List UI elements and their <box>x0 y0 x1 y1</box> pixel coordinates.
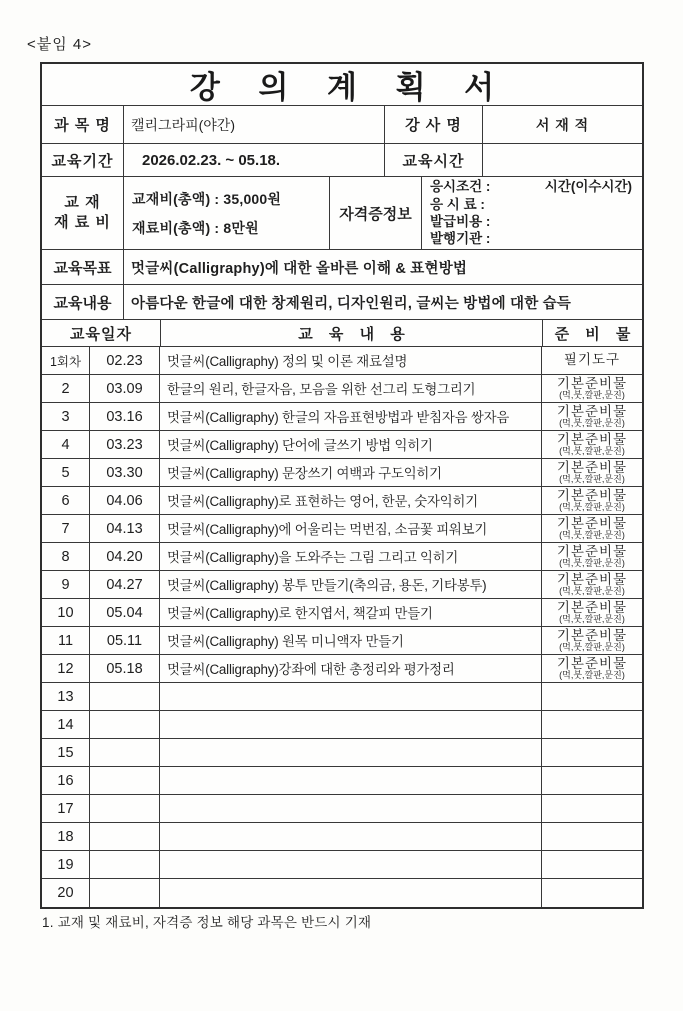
content-label: 교육내용 <box>42 285 124 319</box>
session-no-cell: 12 <box>42 655 90 682</box>
session-content-cell: 멋글씨(Calligraphy)에 어울리는 먹번짐, 소금꽃 피워보기 <box>160 515 542 542</box>
schedule-header-content: 교 육 내 용 <box>161 320 543 346</box>
session-no-cell: 8 <box>42 543 90 570</box>
session-content-cell <box>160 879 542 907</box>
session-content-cell <box>160 711 542 738</box>
session-no-cell: 5 <box>42 459 90 486</box>
session-prep-cell: 기본준비물(먹,붓,깔판,문진) <box>542 459 642 486</box>
page-title: 강 의 계 획 서 <box>175 62 509 107</box>
hours-label: 교육시간 <box>385 144 483 176</box>
session-no-cell: 13 <box>42 683 90 710</box>
schedule-row: 15 <box>42 739 642 767</box>
session-content-cell: 멋글씨(Calligraphy)로 표현하는 영어, 한문, 숫자익히기 <box>160 487 542 514</box>
session-no-cell: 1회차 <box>42 347 90 374</box>
schedule-row: 13 <box>42 683 642 711</box>
materials-row: 교 재 재 료 비 교재비(총액) : 35,000원 재료비(총액) : 8만… <box>42 177 642 250</box>
session-content-cell: 멋글씨(Calligraphy)을 도와주는 그림 그리고 익히기 <box>160 543 542 570</box>
session-prep-cell: 기본준비물(먹,붓,깔판,문진) <box>542 487 642 514</box>
session-no-cell: 11 <box>42 627 90 654</box>
instructor-label: 강 사 명 <box>385 106 483 143</box>
session-date-cell <box>90 851 160 878</box>
cert-fee-line: 응 시 료 : <box>430 196 632 213</box>
schedule-row: 12 05.18 멋글씨(Calligraphy)강좌에 대한 총정리와 평가정… <box>42 655 642 683</box>
session-content-cell: 멋글씨(Calligraphy) 정의 및 이론 재료설명 <box>160 347 542 374</box>
session-no-cell: 14 <box>42 711 90 738</box>
session-no-cell: 17 <box>42 795 90 822</box>
cert-info-label: 자격증정보 <box>330 177 422 249</box>
cert-issuer-line: 발행기관 : <box>430 230 632 247</box>
session-prep-cell <box>542 711 642 738</box>
session-no-cell: 4 <box>42 431 90 458</box>
session-prep-cell <box>542 879 642 907</box>
hours-value <box>483 144 642 176</box>
schedule-row: 11 05.11 멋글씨(Calligraphy) 원목 미니액자 만들기 기본… <box>42 627 642 655</box>
schedule-row: 6 04.06 멋글씨(Calligraphy)로 표현하는 영어, 한문, 숫… <box>42 487 642 515</box>
attachment-note: <붙임 4> <box>27 33 92 54</box>
session-prep-cell <box>542 683 642 710</box>
schedule-row: 3 03.16 멋글씨(Calligraphy) 한글의 자음표현방법과 받침자… <box>42 403 642 431</box>
materials-cost-cell: 교재비(총액) : 35,000원 재료비(총액) : 8만원 <box>124 177 330 249</box>
session-date-cell: 02.23 <box>90 347 160 374</box>
session-content-cell <box>160 683 542 710</box>
session-content-cell: 한글의 원리, 한글자음, 모음을 위한 선그리 도형그리기 <box>160 375 542 402</box>
period-row: 교육기간 2026.02.23. ~ 05.18. 교육시간 <box>42 144 642 177</box>
period-value: 2026.02.23. ~ 05.18. <box>124 144 385 176</box>
session-date-cell <box>90 767 160 794</box>
schedule-row: 9 04.27 멋글씨(Calligraphy) 봉투 만들기(축의금, 용돈,… <box>42 571 642 599</box>
session-content-cell <box>160 823 542 850</box>
schedule-row: 14 <box>42 711 642 739</box>
session-date-cell: 03.16 <box>90 403 160 430</box>
session-content-cell: 멋글씨(Calligraphy) 단어에 글쓰기 방법 익히기 <box>160 431 542 458</box>
session-prep-cell <box>542 851 642 878</box>
session-date-cell: 04.27 <box>90 571 160 598</box>
session-prep-cell: 기본준비물(먹,붓,깔판,문진) <box>542 403 642 430</box>
session-content-cell: 멋글씨(Calligraphy) 한글의 자음표현방법과 받침자음 쌍자음 <box>160 403 542 430</box>
session-date-cell: 04.20 <box>90 543 160 570</box>
materials-label-line1: 교 재 <box>64 193 100 213</box>
sheet-title-row: 강 의 계 획 서 <box>42 64 642 106</box>
session-prep-cell: 기본준비물(먹,붓,깔판,문진) <box>542 515 642 542</box>
cert-condition-line: 응시조건 : 시간(이수시간) <box>430 178 632 195</box>
schedule-row: 19 <box>42 851 642 879</box>
schedule-row: 10 05.04 멋글씨(Calligraphy)로 한지엽서, 책갈피 만들기… <box>42 599 642 627</box>
session-no-cell: 2 <box>42 375 90 402</box>
session-content-cell: 멋글씨(Calligraphy) 원목 미니액자 만들기 <box>160 627 542 654</box>
schedule-row: 7 04.13 멋글씨(Calligraphy)에 어울리는 먹번짐, 소금꽃 … <box>42 515 642 543</box>
session-no-cell: 6 <box>42 487 90 514</box>
session-content-cell <box>160 739 542 766</box>
schedule-row: 18 <box>42 823 642 851</box>
session-content-cell <box>160 767 542 794</box>
goal-row: 교육목표 멋글씨(Calligraphy)에 대한 올바른 이해 & 표현방법 <box>42 250 642 285</box>
session-prep-cell: 기본준비물(먹,붓,깔판,문진) <box>542 375 642 402</box>
period-label: 교육기간 <box>42 144 124 176</box>
session-date-cell <box>90 823 160 850</box>
session-no-cell: 3 <box>42 403 90 430</box>
footnote: 1. 교재 및 재료비, 자격증 정보 해당 과목은 반드시 기재 <box>42 911 371 931</box>
cert-info-value-cell: 응시조건 : 시간(이수시간) 응 시 료 : 발급비용 : 발행기관 : <box>422 177 642 249</box>
session-date-cell: 03.09 <box>90 375 160 402</box>
session-no-cell: 19 <box>42 851 90 878</box>
goal-label: 교육목표 <box>42 250 124 284</box>
session-content-cell: 멋글씨(Calligraphy) 봉투 만들기(축의금, 용돈, 기타봉투) <box>160 571 542 598</box>
subject-label: 과 목 명 <box>42 106 124 143</box>
session-date-cell <box>90 711 160 738</box>
schedule-row: 5 03.30 멋글씨(Calligraphy) 문장쓰기 여백과 구도익히기 … <box>42 459 642 487</box>
session-content-cell <box>160 851 542 878</box>
session-prep-cell: 기본준비물(먹,붓,깔판,문진) <box>542 627 642 654</box>
session-prep-cell <box>542 739 642 766</box>
session-no-cell: 10 <box>42 599 90 626</box>
session-date-cell <box>90 879 160 907</box>
material-cost-line: 재료비(총액) : 8만원 <box>132 218 259 238</box>
lecture-plan-sheet: 강 의 계 획 서 과 목 명 캘리그라피(야간) 강 사 명 서 재 적 교육… <box>40 62 644 909</box>
session-date-cell: 05.04 <box>90 599 160 626</box>
materials-label: 교 재 재 료 비 <box>42 177 124 249</box>
session-prep-cell: 필기도구 <box>542 347 642 374</box>
schedule-row: 20 <box>42 879 642 907</box>
content-row: 교육내용 아름다운 한글에 대한 창제원리, 디자인원리, 글씨는 방법에 대한… <box>42 285 642 320</box>
schedule-row: 2 03.09 한글의 원리, 한글자음, 모음을 위한 선그리 도형그리기 기… <box>42 375 642 403</box>
session-no-cell: 15 <box>42 739 90 766</box>
session-date-cell: 05.11 <box>90 627 160 654</box>
schedule-row: 17 <box>42 795 642 823</box>
content-value: 아름다운 한글에 대한 창제원리, 디자인원리, 글씨는 방법에 대한 습득 <box>124 285 642 319</box>
session-date-cell: 04.13 <box>90 515 160 542</box>
schedule-header-prep: 준 비 물 <box>543 320 642 346</box>
session-date-cell: 04.06 <box>90 487 160 514</box>
schedule-header-row: 교육일자 교 육 내 용 준 비 물 <box>42 320 642 347</box>
session-no-cell: 7 <box>42 515 90 542</box>
session-prep-cell: 기본준비물(먹,붓,깔판,문진) <box>542 655 642 682</box>
session-no-cell: 9 <box>42 571 90 598</box>
session-content-cell: 멋글씨(Calligraphy) 문장쓰기 여백과 구도익히기 <box>160 459 542 486</box>
session-content-cell: 멋글씨(Calligraphy)강좌에 대한 총정리와 평가정리 <box>160 655 542 682</box>
subject-value: 캘리그라피(야간) <box>124 106 385 143</box>
session-date-cell <box>90 739 160 766</box>
session-content-cell: 멋글씨(Calligraphy)로 한지엽서, 책갈피 만들기 <box>160 599 542 626</box>
session-prep-cell: 기본준비물(먹,붓,깔판,문진) <box>542 599 642 626</box>
schedule-row: 4 03.23 멋글씨(Calligraphy) 단어에 글쓰기 방법 익히기 … <box>42 431 642 459</box>
session-no-cell: 20 <box>42 879 90 907</box>
schedule-row: 8 04.20 멋글씨(Calligraphy)을 도와주는 그림 그리고 익히… <box>42 543 642 571</box>
schedule-header-date: 교육일자 <box>42 320 161 346</box>
cert-issue-cost-line: 발급비용 : <box>430 213 632 230</box>
session-prep-cell <box>542 823 642 850</box>
session-content-cell <box>160 795 542 822</box>
subject-row: 과 목 명 캘리그라피(야간) 강 사 명 서 재 적 <box>42 106 642 144</box>
session-date-cell: 03.23 <box>90 431 160 458</box>
textbook-cost-line: 교재비(총액) : 35,000원 <box>132 189 281 209</box>
session-prep-cell <box>542 795 642 822</box>
session-no-cell: 16 <box>42 767 90 794</box>
session-date-cell: 05.18 <box>90 655 160 682</box>
schedule-row: 1회차 02.23 멋글씨(Calligraphy) 정의 및 이론 재료설명 … <box>42 347 642 375</box>
session-date-cell <box>90 683 160 710</box>
session-prep-cell <box>542 767 642 794</box>
session-no-cell: 18 <box>42 823 90 850</box>
goal-value: 멋글씨(Calligraphy)에 대한 올바른 이해 & 표현방법 <box>124 250 642 284</box>
session-prep-cell: 기본준비물(먹,붓,깔판,문진) <box>542 543 642 570</box>
session-prep-cell: 기본준비물(먹,붓,깔판,문진) <box>542 571 642 598</box>
session-date-cell <box>90 795 160 822</box>
materials-label-line2: 재 료 비 <box>54 213 111 233</box>
session-date-cell: 03.30 <box>90 459 160 486</box>
instructor-value: 서 재 적 <box>483 106 642 143</box>
schedule-row: 16 <box>42 767 642 795</box>
session-prep-cell: 기본준비물(먹,붓,깔판,문진) <box>542 431 642 458</box>
